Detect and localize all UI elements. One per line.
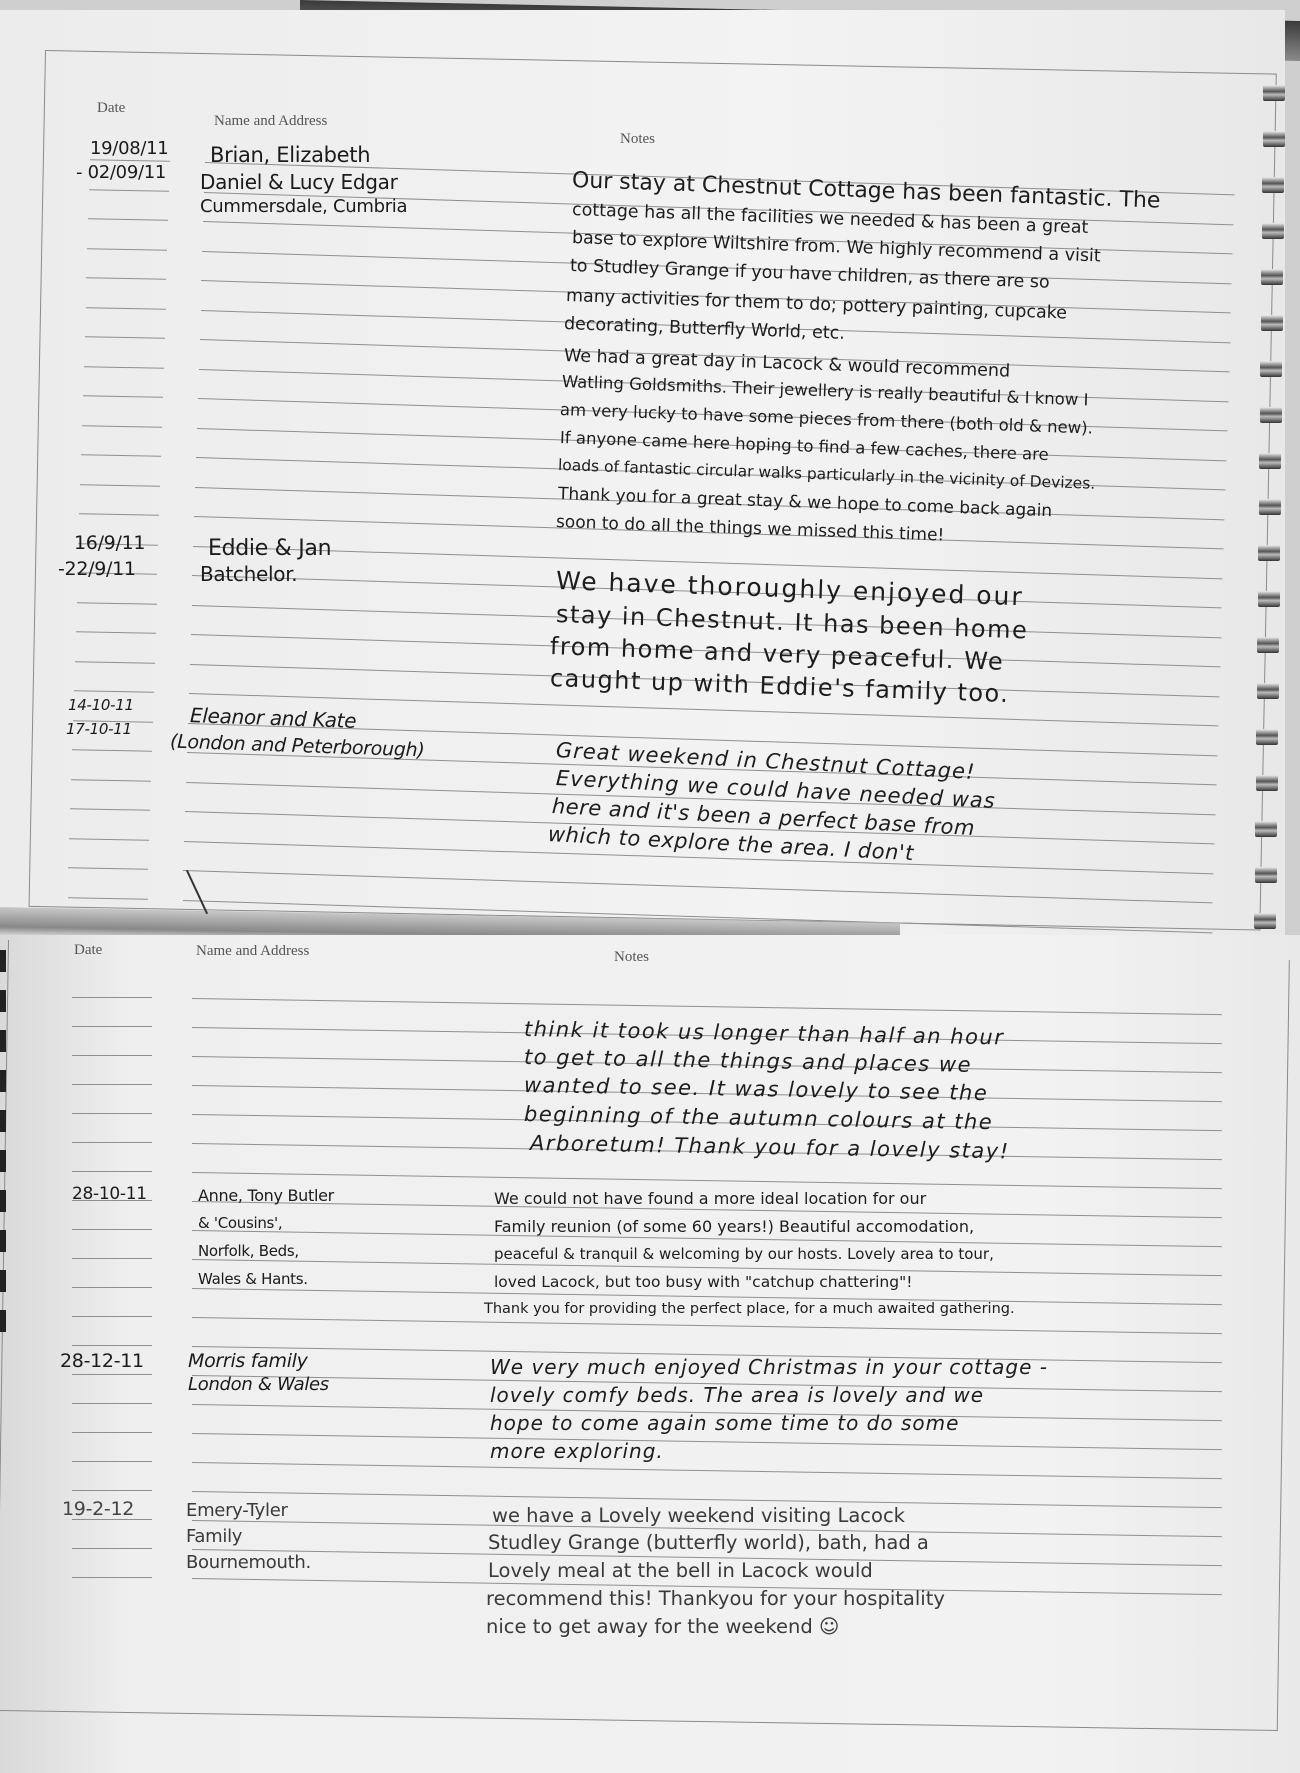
rule-line bbox=[72, 1055, 152, 1056]
spiral-ring bbox=[1257, 683, 1279, 699]
spiral-ring bbox=[0, 1230, 6, 1252]
entry-name: Batchelor. bbox=[200, 562, 297, 586]
entry-date: 28-12-11 bbox=[60, 1350, 144, 1372]
rule-line bbox=[72, 1577, 152, 1578]
rule-line bbox=[72, 1084, 152, 1085]
spiral-ring bbox=[1263, 131, 1285, 147]
entry-date-from: 14-10-11 bbox=[68, 696, 134, 714]
guestbook-page-bottom: Date Name and Address Notes think it too… bbox=[0, 935, 1300, 1773]
rule-line bbox=[72, 1490, 152, 1491]
rule-line bbox=[72, 1258, 152, 1259]
entry-date-to: -22/9/11 bbox=[58, 558, 136, 580]
entry-name: Family bbox=[186, 1526, 242, 1547]
rule-line bbox=[72, 1316, 152, 1317]
spiral-ring bbox=[0, 1310, 6, 1332]
column-header-name-address: Name and Address bbox=[196, 943, 309, 960]
entry-date-from: 19/08/11 bbox=[90, 138, 168, 159]
rule-line bbox=[72, 1142, 152, 1143]
spiral-ring bbox=[1261, 269, 1283, 285]
spiral-ring bbox=[0, 950, 6, 972]
rule-line bbox=[72, 1113, 152, 1114]
entry-date-to: - 02/09/11 bbox=[76, 162, 166, 183]
guestbook-page-top: Date Name and Address Notes 19/08/11 - 0… bbox=[0, 10, 1285, 940]
spiral-ring bbox=[1258, 591, 1280, 607]
rule-line bbox=[72, 1403, 152, 1404]
spiral-ring bbox=[1261, 315, 1283, 331]
spiral-ring bbox=[0, 1110, 6, 1132]
entry-address: London & Wales bbox=[188, 1374, 329, 1395]
entry-name: Eddie & Jan bbox=[208, 536, 331, 561]
entry-name: & 'Cousins', bbox=[198, 1214, 282, 1232]
entry-date: 19-2-12 bbox=[62, 1498, 134, 1520]
entry-name: Anne, Tony Butler bbox=[198, 1186, 334, 1205]
rule-line bbox=[72, 1461, 152, 1462]
spiral-ring bbox=[1256, 775, 1278, 791]
spiral-ring bbox=[1255, 867, 1277, 883]
spiral-ring bbox=[1259, 453, 1281, 469]
entry-address: Cummersdale, Cumbria bbox=[200, 196, 407, 217]
rule-line bbox=[72, 1374, 152, 1375]
rule-line bbox=[72, 1548, 152, 1549]
entry-date: 28-10-11 bbox=[72, 1184, 147, 1204]
spiral-ring bbox=[1257, 637, 1279, 653]
spiral-ring bbox=[0, 1270, 6, 1292]
rule-line bbox=[72, 1432, 152, 1433]
column-header-date: Date bbox=[97, 100, 125, 117]
column-header-date: Date bbox=[74, 942, 102, 959]
rule-line bbox=[72, 1171, 152, 1172]
entry-name: Brian, Elizabeth bbox=[210, 143, 370, 167]
entry-date-from: 16/9/11 bbox=[74, 532, 145, 554]
spiral-ring bbox=[1256, 729, 1278, 745]
entry-address: Wales & Hants. bbox=[198, 1270, 308, 1288]
spiral-ring bbox=[1254, 913, 1276, 929]
spiral-ring bbox=[0, 990, 6, 1012]
spiral-ring bbox=[1260, 407, 1282, 423]
spiral-ring bbox=[1258, 545, 1280, 561]
column-header-name-address: Name and Address bbox=[214, 113, 327, 130]
entry-name: Daniel & Lucy Edgar bbox=[200, 170, 398, 194]
spiral-ring bbox=[1259, 499, 1281, 515]
spiral-ring bbox=[0, 1190, 6, 1212]
spiral-ring bbox=[0, 1150, 6, 1172]
rule-line bbox=[72, 1229, 152, 1230]
spiral-ring bbox=[1263, 85, 1285, 101]
column-header-notes: Notes bbox=[614, 949, 649, 966]
entry-address: Norfolk, Beds, bbox=[198, 1242, 299, 1260]
rule-line bbox=[72, 1026, 152, 1027]
entry-address: Bournemouth. bbox=[186, 1552, 311, 1573]
spiral-ring bbox=[1255, 821, 1277, 837]
spiral-ring bbox=[1262, 177, 1284, 193]
entry-name: Morris family bbox=[188, 1350, 308, 1372]
spiral-ring bbox=[0, 1070, 6, 1092]
spiral-ring bbox=[1260, 361, 1282, 377]
spiral-ring bbox=[0, 1030, 6, 1052]
entry-name: Emery-Tyler bbox=[186, 1500, 288, 1521]
rule-line bbox=[72, 1345, 152, 1346]
rule-line bbox=[72, 997, 152, 998]
spiral-ring bbox=[1262, 223, 1284, 239]
rule-line bbox=[72, 1287, 152, 1288]
column-header-notes: Notes bbox=[620, 131, 655, 148]
entry-date-to: 17-10-11 bbox=[66, 720, 132, 738]
